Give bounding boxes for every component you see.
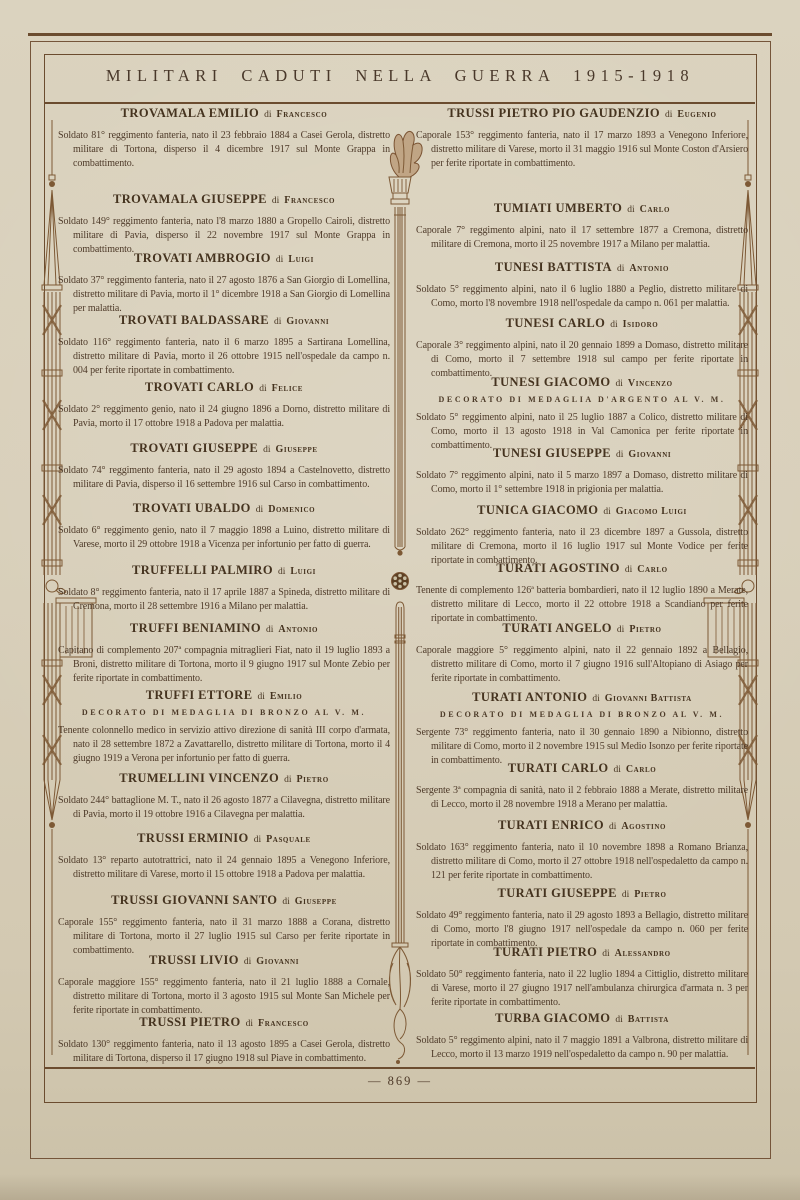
entry-body: Soldato 5° reggimento alpini, nato il 6 … bbox=[416, 283, 748, 311]
father-name: Giuseppe bbox=[295, 896, 337, 907]
entry: TUNESI GIUSEPPE di Giovanni Soldato 7° r… bbox=[416, 444, 748, 497]
entry: TROVATI GIUSEPPE di Giuseppe Soldato 74°… bbox=[58, 439, 390, 492]
father-name: Antonio bbox=[278, 624, 318, 635]
decoration-line: DECORATO DI MEDAGLIA DI BRONZO AL V. M. bbox=[416, 710, 748, 719]
entry-heading: TUNESI BATTISTA di Antonio bbox=[416, 258, 748, 276]
father-name: Francesco bbox=[258, 1018, 309, 1029]
entry-name: TURATI CARLO bbox=[508, 761, 609, 775]
entry-body: Soldato 7° reggimento alpini, nato il 5 … bbox=[416, 469, 748, 497]
di-label: di bbox=[616, 264, 625, 274]
di-label: di bbox=[615, 379, 624, 389]
entry-body: Caporale 7° reggimento alpini, nato il 1… bbox=[416, 224, 748, 252]
father-name: Pasquale bbox=[266, 834, 311, 845]
entry-name: TROVAMALA GIUSEPPE bbox=[113, 192, 267, 206]
entry-body: Soldato 116° reggimento fanteria, nato i… bbox=[58, 336, 390, 379]
entry: TRUSSI LIVIO di Giovanni Caporale maggio… bbox=[58, 951, 390, 1019]
di-label: di bbox=[621, 890, 630, 900]
page-edge-shadow bbox=[0, 1174, 800, 1200]
di-label: di bbox=[265, 625, 274, 635]
di-label: di bbox=[271, 196, 280, 206]
entry-name: TUNESI GIACOMO bbox=[491, 375, 610, 389]
entry-heading: TRUSSI PIETRO di Francesco bbox=[58, 1013, 390, 1031]
entry-name: TROVATI CARLO bbox=[145, 380, 254, 394]
entry-name: TURATI ANTONIO bbox=[472, 690, 587, 704]
entry: TRUSSI PIETRO di Francesco Soldato 130° … bbox=[58, 1013, 390, 1066]
entry-name: TURATI PIETRO bbox=[493, 945, 597, 959]
entry-body: Sergente 3ª compagnia di sanità, nato il… bbox=[416, 784, 748, 812]
entry-heading: TROVATI BALDASSARE di Giovanni bbox=[58, 311, 390, 329]
entry-heading: TRUSSI ERMINIO di Pasquale bbox=[58, 829, 390, 847]
father-name: Antonio bbox=[629, 263, 669, 274]
entry: TRUFFELLI PALMIRO di Luigi Soldato 8° re… bbox=[58, 561, 390, 614]
entry-name: TURATI ENRICO bbox=[498, 818, 604, 832]
entry-heading: TRUFFI BENIAMINO di Antonio bbox=[58, 619, 390, 637]
entry-heading: TURBA GIACOMO di Battista bbox=[416, 1009, 748, 1027]
entry-body: Soldato 5° reggimento alpini, nato il 7 … bbox=[416, 1034, 748, 1062]
entry: TROVATI CARLO di Felice Soldato 2° reggi… bbox=[58, 378, 390, 431]
father-name: Luigi bbox=[290, 566, 316, 577]
father-name: Luigi bbox=[288, 254, 314, 265]
entry-heading: TURATI ANTONIO di Giovanni Battista bbox=[416, 688, 748, 706]
entry-name: TURBA GIACOMO bbox=[495, 1011, 610, 1025]
entry-heading: TRUSSI GIOVANNI SANTO di Giuseppe bbox=[58, 891, 390, 909]
entry-heading: TRUFFI ETTORE di Emilio bbox=[58, 686, 390, 704]
di-label: di bbox=[243, 957, 252, 967]
father-name: Francesco bbox=[277, 109, 328, 120]
entry-body: Soldato 244° battaglione M. T., nato il … bbox=[58, 794, 390, 822]
entry-name: TRUSSI ERMINIO bbox=[137, 831, 249, 845]
father-name: Carlo bbox=[640, 204, 670, 215]
father-name: Isidoro bbox=[623, 319, 659, 330]
entry: TRUSSI ERMINIO di Pasquale Soldato 13° r… bbox=[58, 829, 390, 882]
entry-name: TUNESI CARLO bbox=[506, 316, 606, 330]
di-label: di bbox=[591, 694, 600, 704]
entry-name: TUNESI BATTISTA bbox=[495, 260, 612, 274]
father-name: Pietro bbox=[629, 624, 661, 635]
di-label: di bbox=[277, 567, 286, 577]
entry-name: TUNESI GIUSEPPE bbox=[493, 446, 611, 460]
father-name: Carlo bbox=[637, 564, 667, 575]
entry: TURATI GIUSEPPE di Pietro Soldato 49° re… bbox=[416, 884, 748, 952]
father-name: Francesco bbox=[284, 195, 335, 206]
entry-heading: TURATI PIETRO di Alessandro bbox=[416, 943, 748, 961]
father-name: Giacomo Luigi bbox=[616, 506, 687, 517]
entry-heading: TURATI AGOSTINO di Carlo bbox=[416, 559, 748, 577]
decoration-line: DECORATO DI MEDAGLIA D'ARGENTO AL V. M. bbox=[416, 395, 748, 404]
entry: TRUFFI BENIAMINO di Antonio Capitano di … bbox=[58, 619, 390, 687]
entry: TURBA GIACOMO di Battista Soldato 5° reg… bbox=[416, 1009, 748, 1062]
entry: TROVATI AMBROGIO di Luigi Soldato 37° re… bbox=[58, 249, 390, 317]
entry-body: Soldato 8° reggimento fanteria, nato il … bbox=[58, 586, 390, 614]
di-label: di bbox=[601, 949, 610, 959]
entry-name: TROVATI AMBROGIO bbox=[134, 251, 271, 265]
decoration-line: DECORATO DI MEDAGLIA DI BRONZO AL V. M. bbox=[58, 708, 390, 717]
di-label: di bbox=[281, 897, 290, 907]
entry-body: Soldato 130° reggimento fanteria, nato i… bbox=[58, 1038, 390, 1066]
father-name: Eugenio bbox=[677, 109, 716, 120]
entry: TROVAMALA GIUSEPPE di Francesco Soldato … bbox=[58, 190, 390, 258]
entry-heading: TROVAMALA GIUSEPPE di Francesco bbox=[58, 190, 390, 208]
entry: TRUSSI PIETRO PIO GAUDENZIO di Eugenio C… bbox=[416, 104, 748, 172]
father-name: Domenico bbox=[268, 504, 315, 515]
entry: TRUMELLINI VINCENZO di Pietro Soldato 24… bbox=[58, 769, 390, 822]
entry-heading: TROVAMALA EMILIO di Francesco bbox=[58, 104, 390, 122]
entry: TROVATI BALDASSARE di Giovanni Soldato 1… bbox=[58, 311, 390, 379]
page-number: — 869 — bbox=[44, 1074, 756, 1089]
entry-body: Tenente colonnello medico in servizio at… bbox=[58, 724, 390, 767]
di-label: di bbox=[608, 822, 617, 832]
di-label: di bbox=[609, 320, 618, 330]
entry-name: TRUSSI GIOVANNI SANTO bbox=[111, 893, 277, 907]
entry-heading: TRUFFELLI PALMIRO di Luigi bbox=[58, 561, 390, 579]
entry-heading: TUNESI CARLO di Isidoro bbox=[416, 314, 748, 332]
entry-name: TURATI GIUSEPPE bbox=[497, 886, 616, 900]
father-name: Giovanni bbox=[628, 449, 671, 460]
di-label: di bbox=[262, 445, 271, 455]
entry-heading: TROVATI GIUSEPPE di Giuseppe bbox=[58, 439, 390, 457]
entry-body: Soldato 163° reggimento fanteria, nato i… bbox=[416, 841, 748, 884]
entry-body: Caporale maggiore 5° reggimento alpini, … bbox=[416, 644, 748, 687]
di-label: di bbox=[275, 255, 284, 265]
entry-name: TRUMELLINI VINCENZO bbox=[119, 771, 279, 785]
entry-heading: TURATI GIUSEPPE di Pietro bbox=[416, 884, 748, 902]
entry: TROVAMALA EMILIO di Francesco Soldato 81… bbox=[58, 104, 390, 172]
entry-heading: TURATI ENRICO di Agostino bbox=[416, 816, 748, 834]
entry-heading: TURATI ANGELO di Pietro bbox=[416, 619, 748, 637]
entry: TRUFFI ETTORE di Emilio DECORATO DI MEDA… bbox=[58, 686, 390, 767]
di-label: di bbox=[664, 110, 673, 120]
entry-heading: TUNICA GIACOMO di Giacomo Luigi bbox=[416, 501, 748, 519]
father-name: Emilio bbox=[270, 691, 302, 702]
entry: TURATI ENRICO di Agostino Soldato 163° r… bbox=[416, 816, 748, 884]
father-name: Giuseppe bbox=[276, 444, 318, 455]
entry-heading: TRUMELLINI VINCENZO di Pietro bbox=[58, 769, 390, 787]
entry-heading: TURATI CARLO di Carlo bbox=[416, 759, 748, 777]
entry-body: Soldato 2° reggimento genio, nato il 24 … bbox=[58, 403, 390, 431]
entry-body: Capitano di complemento 207ª compagnia m… bbox=[58, 644, 390, 687]
entry-name: TURATI ANGELO bbox=[502, 621, 612, 635]
entry-heading: TUNESI GIUSEPPE di Giovanni bbox=[416, 444, 748, 462]
entry: TURATI ANTONIO di Giovanni Battista DECO… bbox=[416, 688, 748, 769]
entry-heading: TROVATI UBALDO di Domenico bbox=[58, 499, 390, 517]
entry-name: TRUFFELLI PALMIRO bbox=[132, 563, 273, 577]
entry: TURATI ANGELO di Pietro Caporale maggior… bbox=[416, 619, 748, 687]
father-name: Pietro bbox=[296, 774, 328, 785]
entry-name: TRUSSI PIETRO bbox=[139, 1015, 240, 1029]
entry-heading: TUNESI GIACOMO di Vincenzo bbox=[416, 373, 748, 391]
father-name: Pietro bbox=[634, 889, 666, 900]
entry: TURATI CARLO di Carlo Sergente 3ª compag… bbox=[416, 759, 748, 812]
entry-heading: TRUSSI PIETRO PIO GAUDENZIO di Eugenio bbox=[416, 104, 748, 122]
di-label: di bbox=[255, 505, 264, 515]
entry-heading: TROVATI CARLO di Felice bbox=[58, 378, 390, 396]
entry-heading: TRUSSI LIVIO di Giovanni bbox=[58, 951, 390, 969]
entry-name: TROVATI UBALDO bbox=[133, 501, 251, 515]
di-label: di bbox=[602, 507, 611, 517]
entry-name: TROVAMALA EMILIO bbox=[121, 106, 259, 120]
entry-body: Soldato 81° reggimento fanteria, nato il… bbox=[58, 129, 390, 172]
entry-name: TUNICA GIACOMO bbox=[477, 503, 598, 517]
entry-heading: TUMIATI UMBERTO di Carlo bbox=[416, 199, 748, 217]
entry: TURATI PIETRO di Alessandro Soldato 50° … bbox=[416, 943, 748, 1011]
father-name: Alessandro bbox=[615, 948, 671, 959]
di-label: di bbox=[263, 110, 272, 120]
entry-name: TRUFFI BENIAMINO bbox=[130, 621, 261, 635]
entry-name: TRUSSI PIETRO PIO GAUDENZIO bbox=[447, 106, 660, 120]
father-name: Giovanni bbox=[256, 956, 299, 967]
father-name: Carlo bbox=[626, 764, 656, 775]
left-column: TROVAMALA EMILIO di Francesco Soldato 81… bbox=[58, 0, 390, 1200]
entry-name: TRUFFI ETTORE bbox=[146, 688, 253, 702]
father-name: Giovanni bbox=[286, 316, 329, 327]
right-column: TRUSSI PIETRO PIO GAUDENZIO di Eugenio C… bbox=[416, 0, 748, 1200]
di-label: di bbox=[616, 625, 625, 635]
entry-name: TUMIATI UMBERTO bbox=[494, 201, 622, 215]
father-name: Giovanni Battista bbox=[605, 693, 692, 704]
di-label: di bbox=[283, 775, 292, 785]
entry-body: Caporale 153° reggimento fanteria, nato … bbox=[416, 129, 748, 172]
entry: TUMIATI UMBERTO di Carlo Caporale 7° reg… bbox=[416, 199, 748, 252]
di-label: di bbox=[612, 765, 621, 775]
di-label: di bbox=[615, 450, 624, 460]
entry-body: Soldato 50° reggimento fanteria, nato il… bbox=[416, 968, 748, 1011]
entry: TURATI AGOSTINO di Carlo Tenente di comp… bbox=[416, 559, 748, 627]
di-label: di bbox=[624, 565, 633, 575]
di-label: di bbox=[256, 692, 265, 702]
entry-name: TROVATI BALDASSARE bbox=[119, 313, 269, 327]
entry-name: TURATI AGOSTINO bbox=[496, 561, 620, 575]
di-label: di bbox=[273, 317, 282, 327]
di-label: di bbox=[245, 1019, 254, 1029]
entry: TROVATI UBALDO di Domenico Soldato 6° re… bbox=[58, 499, 390, 552]
di-label: di bbox=[258, 384, 267, 394]
di-label: di bbox=[614, 1015, 623, 1025]
entry-body: Soldato 74° reggimento fanteria, nato il… bbox=[58, 464, 390, 492]
entry: TUNESI CARLO di Isidoro Caporale 3° regg… bbox=[416, 314, 748, 382]
entry-name: TROVATI GIUSEPPE bbox=[130, 441, 258, 455]
entry-name: TRUSSI LIVIO bbox=[149, 953, 239, 967]
scanned-book-page: MILITARI CADUTI NELLA GUERRA 1915-1918 bbox=[0, 0, 800, 1200]
entry: TUNESI GIACOMO di Vincenzo DECORATO DI M… bbox=[416, 373, 748, 454]
entry-body: Soldato 6° reggimento genio, nato il 7 m… bbox=[58, 524, 390, 552]
di-label: di bbox=[253, 835, 262, 845]
father-name: Battista bbox=[628, 1014, 669, 1025]
father-name: Vincenzo bbox=[628, 378, 673, 389]
entry-heading: TROVATI AMBROGIO di Luigi bbox=[58, 249, 390, 267]
father-name: Felice bbox=[272, 383, 304, 394]
entry-body: Soldato 13° reparto autotrattrici, nato … bbox=[58, 854, 390, 882]
di-label: di bbox=[626, 205, 635, 215]
father-name: Agostino bbox=[621, 821, 666, 832]
entry: TUNESI BATTISTA di Antonio Soldato 5° re… bbox=[416, 258, 748, 311]
entry: TRUSSI GIOVANNI SANTO di Giuseppe Capora… bbox=[58, 891, 390, 959]
